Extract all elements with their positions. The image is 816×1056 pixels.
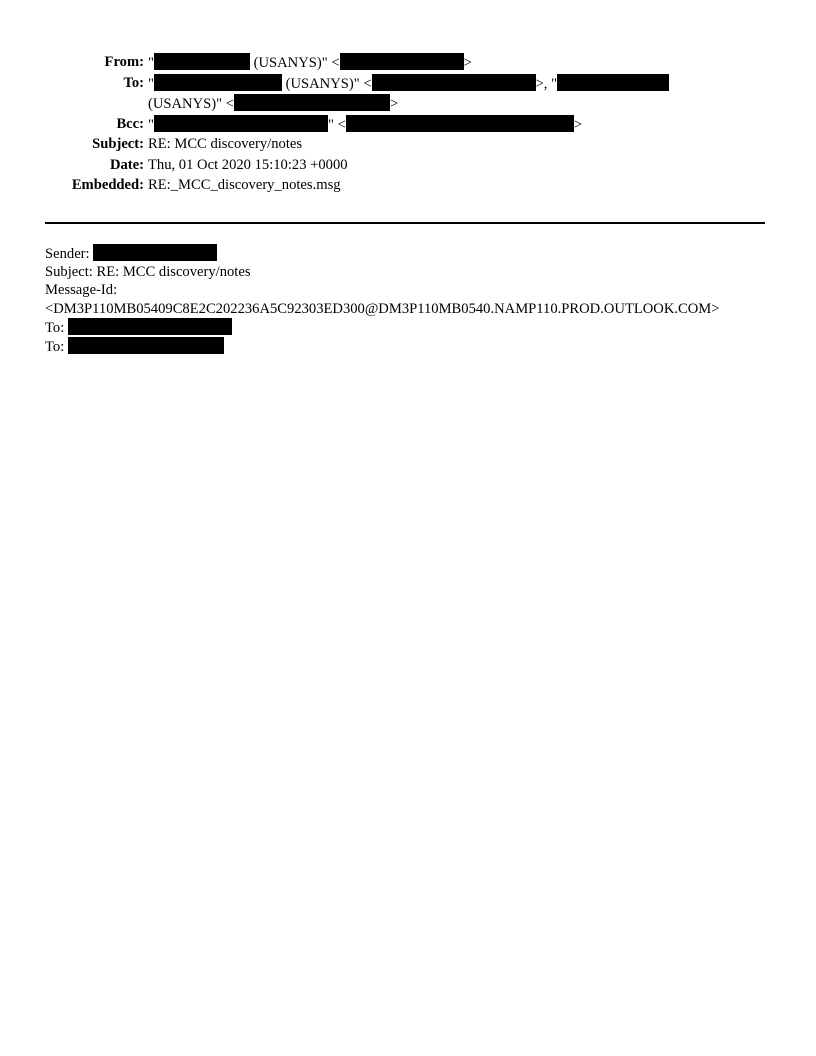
embedded-message: Sender: Subject: RE: MCC discovery/notes… <box>45 244 775 356</box>
from-value: " (USANYS)" <> <box>148 53 472 72</box>
to-label: To: <box>123 74 144 92</box>
redaction <box>68 337 224 354</box>
redaction <box>154 74 282 91</box>
divider <box>45 222 765 224</box>
bcc-value: "" <> <box>148 115 582 134</box>
date-value: Thu, 01 Oct 2020 15:10:23 +0000 <box>148 156 348 174</box>
from-label: From: <box>105 53 144 71</box>
redaction <box>93 244 217 261</box>
subject-row: Subject: RE: MCC discovery/notes <box>0 135 816 156</box>
redaction <box>154 115 328 132</box>
to-value: " (USANYS)" <>, " <box>148 74 669 93</box>
from-row: From: " (USANYS)" <> <box>0 53 816 74</box>
redaction <box>346 115 574 132</box>
to-line: To: <box>45 318 775 337</box>
sender-line: Sender: <box>45 244 775 263</box>
to-line: To: <box>45 337 775 356</box>
redaction <box>557 74 669 91</box>
redaction <box>234 94 390 111</box>
bcc-row: Bcc: "" <> <box>0 115 816 136</box>
to-row: To: " (USANYS)" <>, " <box>0 74 816 95</box>
redaction <box>372 74 536 91</box>
redaction <box>68 318 232 335</box>
redaction <box>154 53 250 70</box>
to-row-continued: (USANYS)" <> <box>0 94 816 115</box>
message-id-value: <DM3P110MB05409C8E2C202236A5C92303ED300@… <box>45 300 765 318</box>
subject-value: RE: MCC discovery/notes <box>148 135 302 153</box>
email-header: From: " (USANYS)" <> To: " (USANYS)" <>,… <box>0 53 816 197</box>
embedded-row: Embedded: RE:_MCC_discovery_notes.msg <box>0 176 816 197</box>
redaction <box>340 53 464 70</box>
subject-line: Subject: RE: MCC discovery/notes <box>45 263 775 281</box>
message-id-label: Message-Id: <box>45 281 775 299</box>
bcc-label: Bcc: <box>116 115 144 133</box>
date-row: Date: Thu, 01 Oct 2020 15:10:23 +0000 <box>0 156 816 177</box>
date-label: Date: <box>110 156 144 174</box>
embedded-value: RE:_MCC_discovery_notes.msg <box>148 176 341 194</box>
subject-label: Subject: <box>92 135 144 153</box>
embedded-label: Embedded: <box>72 176 144 194</box>
